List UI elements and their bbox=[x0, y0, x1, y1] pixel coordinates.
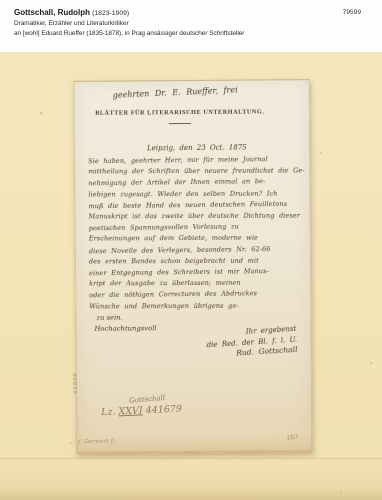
letter-closing: zu sein. bbox=[96, 314, 122, 322]
margin-vertical-number: 45999 bbox=[73, 372, 79, 394]
letterhead-title: BLÄTTER FÜR LITERARISCHE UNTERHALTUNG. bbox=[63, 108, 297, 117]
letter-body: Sie haben, geehrter Herr, mir für meine … bbox=[88, 154, 305, 313]
bottom-left-note: f. Germann fl. bbox=[78, 438, 116, 445]
lot-number: 79599 bbox=[343, 9, 361, 16]
catalog-prefix: Lz. bbox=[101, 407, 116, 419]
author-line: Gottschall, Rudolph (1823-1909) bbox=[14, 8, 129, 17]
catalog-page: Gottschall, Rudolph (1823-1909) Dramatik… bbox=[0, 0, 382, 500]
mat-edge-line bbox=[0, 458, 382, 459]
catalog-number: 441679 bbox=[145, 404, 182, 417]
catalog-header: Gottschall, Rudolph (1823-1909) Dramatik… bbox=[0, 0, 382, 52]
letter-valediction: Hochachtungsvoll bbox=[94, 324, 156, 332]
recipient-description: an [wohl] Eduard Rueffer (1835-1878), in… bbox=[14, 30, 244, 37]
letter-scan: geehrten Dr. E. Rueffer, frei BLÄTTER FÜ… bbox=[74, 79, 313, 454]
pencil-name-annotation: Gottschall bbox=[129, 394, 166, 405]
signature-block: Ihr ergebenst die Red. der Bl. f. l. U. … bbox=[205, 324, 297, 361]
author-dates: (1823-1909) bbox=[92, 10, 129, 17]
author-description: Dramatiker, Erzähler und Literaturkritik… bbox=[14, 20, 129, 27]
letter-body-line: Wünsche und Bemerkungen übrigens ge- bbox=[89, 300, 305, 312]
author-name: Gottschall, Rudolph bbox=[14, 8, 90, 17]
catalog-roman-numeral: XXVI bbox=[118, 405, 143, 417]
letter-top-annotation: geehrten Dr. E. Rueffer, frei bbox=[112, 85, 237, 99]
letter-date-line: Leipzig, den 23 Oct. 1875 bbox=[147, 144, 247, 153]
pencil-catalog-annotation: Lz. XXVI 441679 bbox=[101, 404, 182, 418]
mat-bottom-shadow bbox=[0, 488, 382, 500]
dust-specks bbox=[40, 112, 42, 114]
letterhead-rule bbox=[169, 123, 191, 124]
page-number-annotation: 183 bbox=[286, 433, 299, 442]
